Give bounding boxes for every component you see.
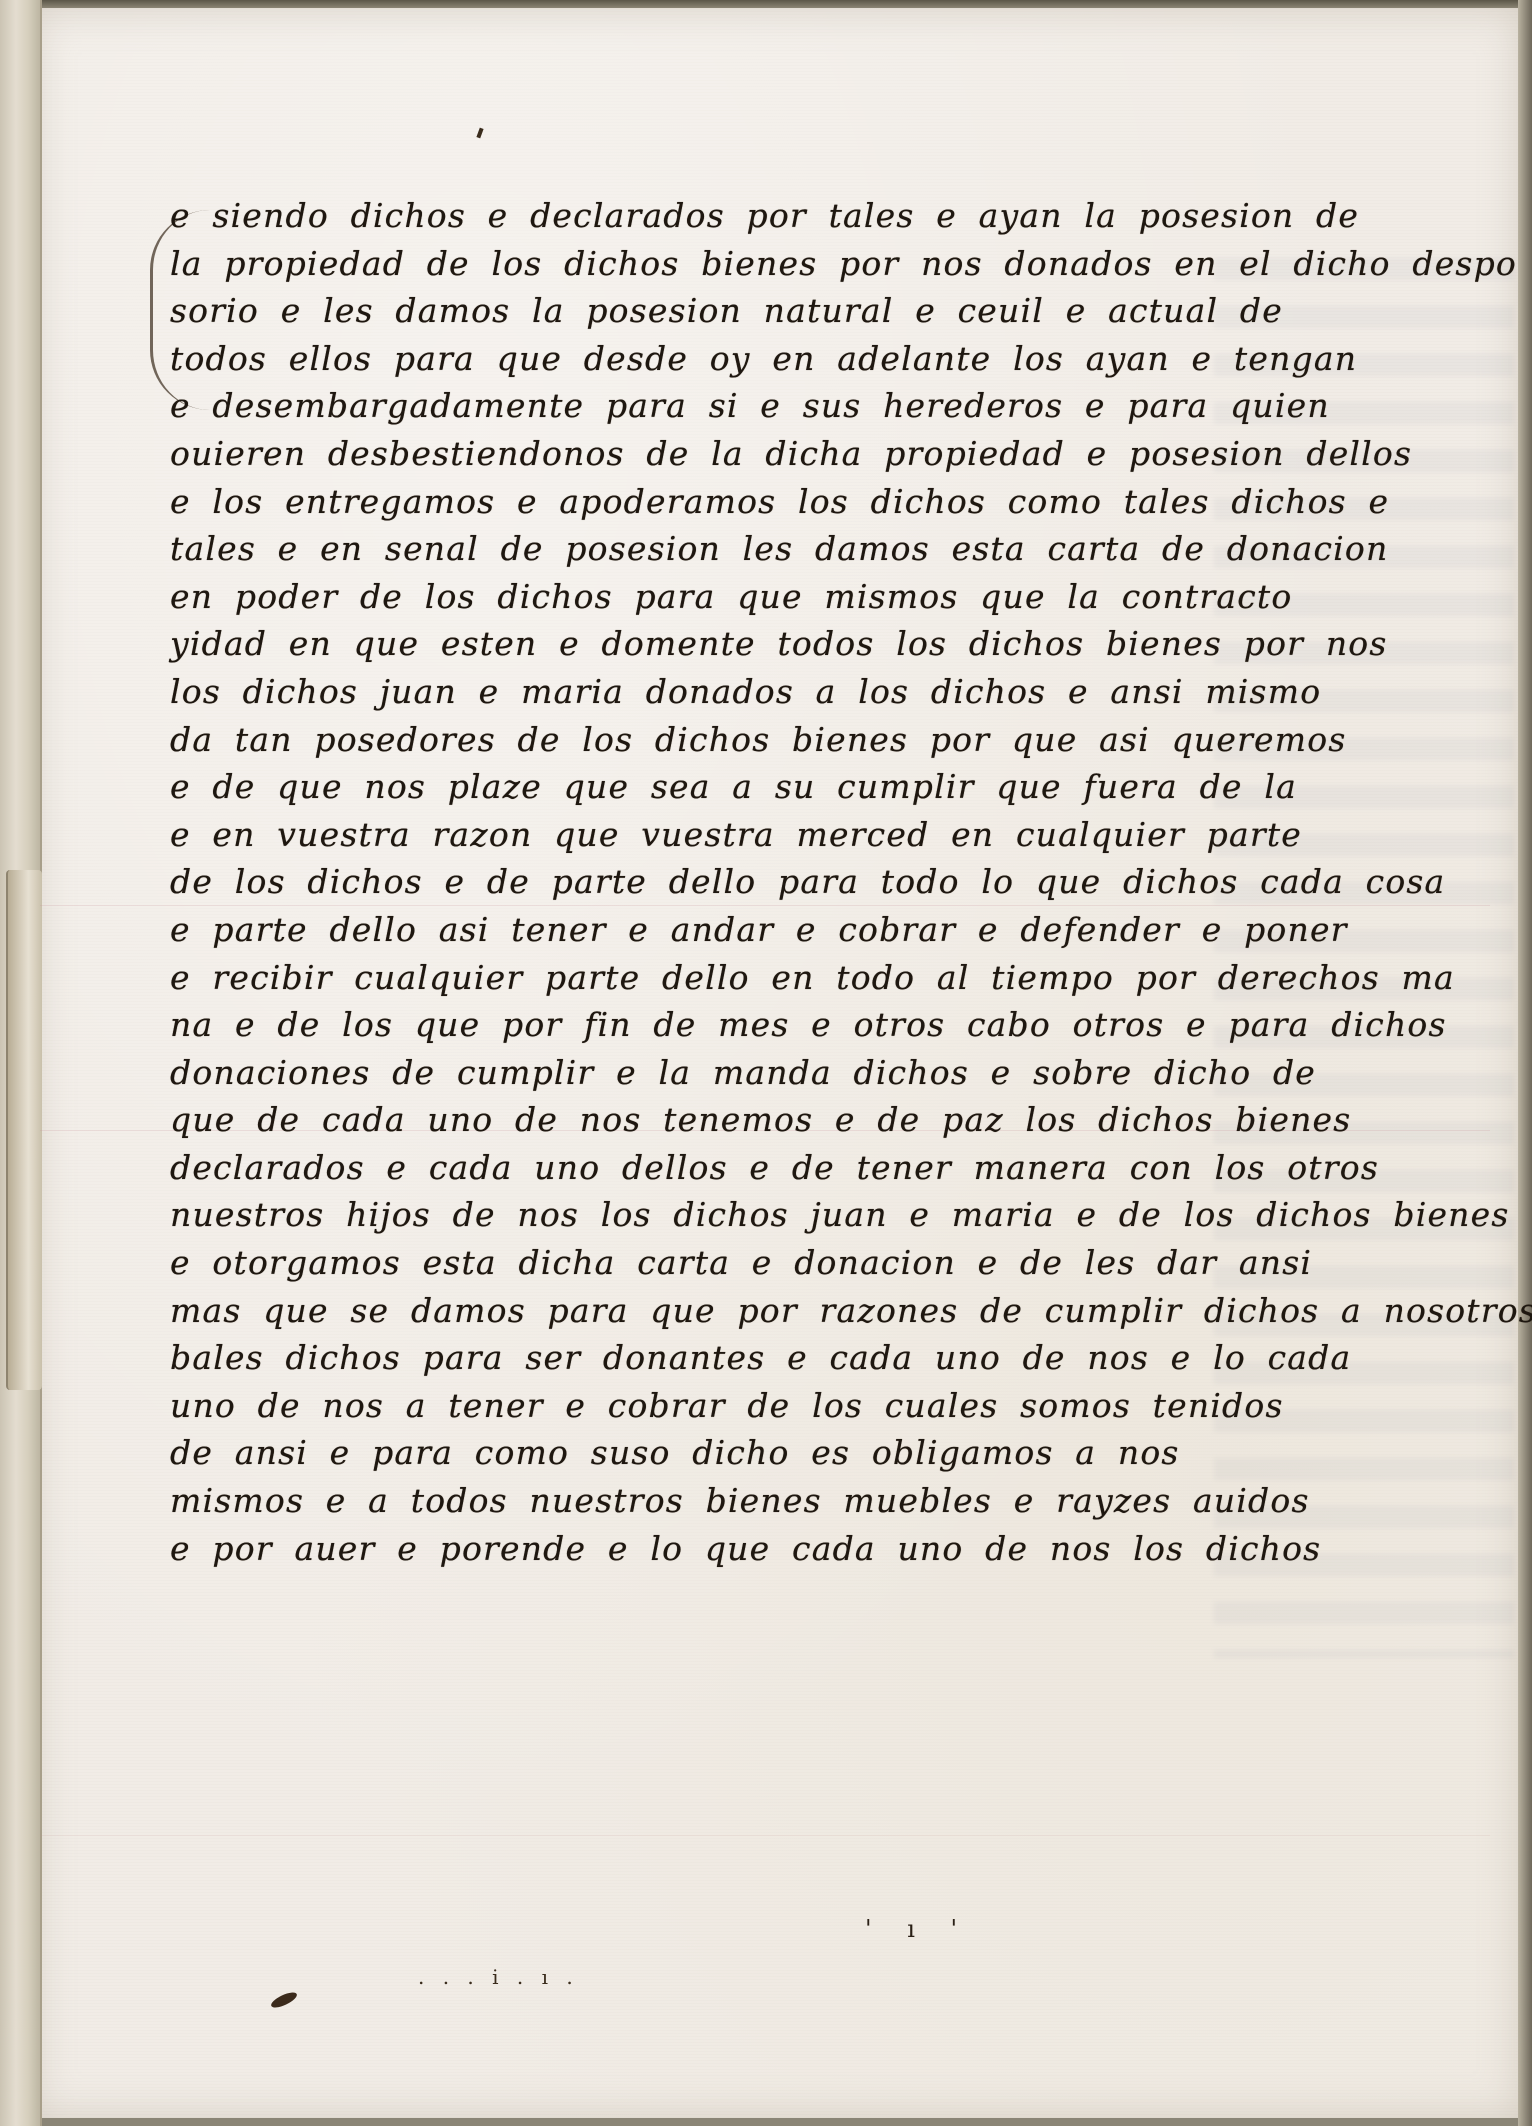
text-line: uno de nos a tener e cobrar de los cuale… [170,1382,1400,1430]
text-line: yidad en que esten e domente todos los d… [170,620,1400,668]
text-line: que de cada uno de nos tenemos e de paz … [170,1096,1400,1144]
text-line: donaciones de cumplir e la manda dichos … [170,1049,1400,1097]
backing-right-strip [1518,0,1532,2126]
text-line: de los dichos e de parte dello para todo… [170,858,1400,906]
text-line: e los entregamos e apoderamos los dichos… [170,478,1400,526]
text-line: todos ellos para que desde oy en adelant… [170,335,1400,383]
text-line: e de que nos plaze que sea a su cumplir … [170,763,1400,811]
text-line: de ansi e para como suso dicho es obliga… [170,1429,1400,1477]
crease-line [40,1835,1490,1836]
text-line: e otorgamos esta dicha carta e donacion … [170,1239,1400,1287]
text-line: en poder de los dichos para que mismos q… [170,573,1400,621]
text-line: da tan posedores de los dichos bienes po… [170,716,1400,764]
ink-specks: . . . i . ı . [418,1965,579,1989]
manuscript-text: e siendo dichos e declarados por tales e… [170,192,1400,1572]
text-line: na e de los que por fin de mes e otros c… [170,1001,1400,1049]
text-line: e en vuestra razon que vuestra merced en… [170,811,1400,859]
text-line: e recibir cualquier parte dello en todo … [170,954,1400,1002]
text-line: declarados e cada uno dellos e de tener … [170,1144,1400,1192]
text-line: nuestros hijos de nos los dichos juan e … [170,1191,1400,1239]
text-line: sorio e les damos la posesion natural e … [170,287,1400,335]
text-line: tales e en senal de posesion les damos e… [170,525,1400,573]
text-line: la propiedad de los dichos bienes por no… [170,240,1400,288]
page-tear [6,870,42,1390]
text-line: e parte dello asi tener e andar e cobrar… [170,906,1400,954]
text-line: e por auer e porende e lo que cada uno d… [170,1525,1400,1573]
text-line: e desembargadamente para si e sus herede… [170,382,1400,430]
text-line: los dichos juan e maria donados a los di… [170,668,1400,716]
scan-background: e siendo dichos e declarados por tales e… [0,0,1532,2126]
ink-specks: ' ı ' [865,1915,971,1943]
text-line: ouieren desbestiendonos de la dicha prop… [170,430,1400,478]
text-line: mas que se damos para que por razones de… [170,1287,1400,1335]
text-line: bales dichos para ser donantes e cada un… [170,1334,1400,1382]
text-line: e siendo dichos e declarados por tales e… [170,192,1400,240]
text-line: mismos e a todos nuestros bienes muebles… [170,1477,1400,1525]
